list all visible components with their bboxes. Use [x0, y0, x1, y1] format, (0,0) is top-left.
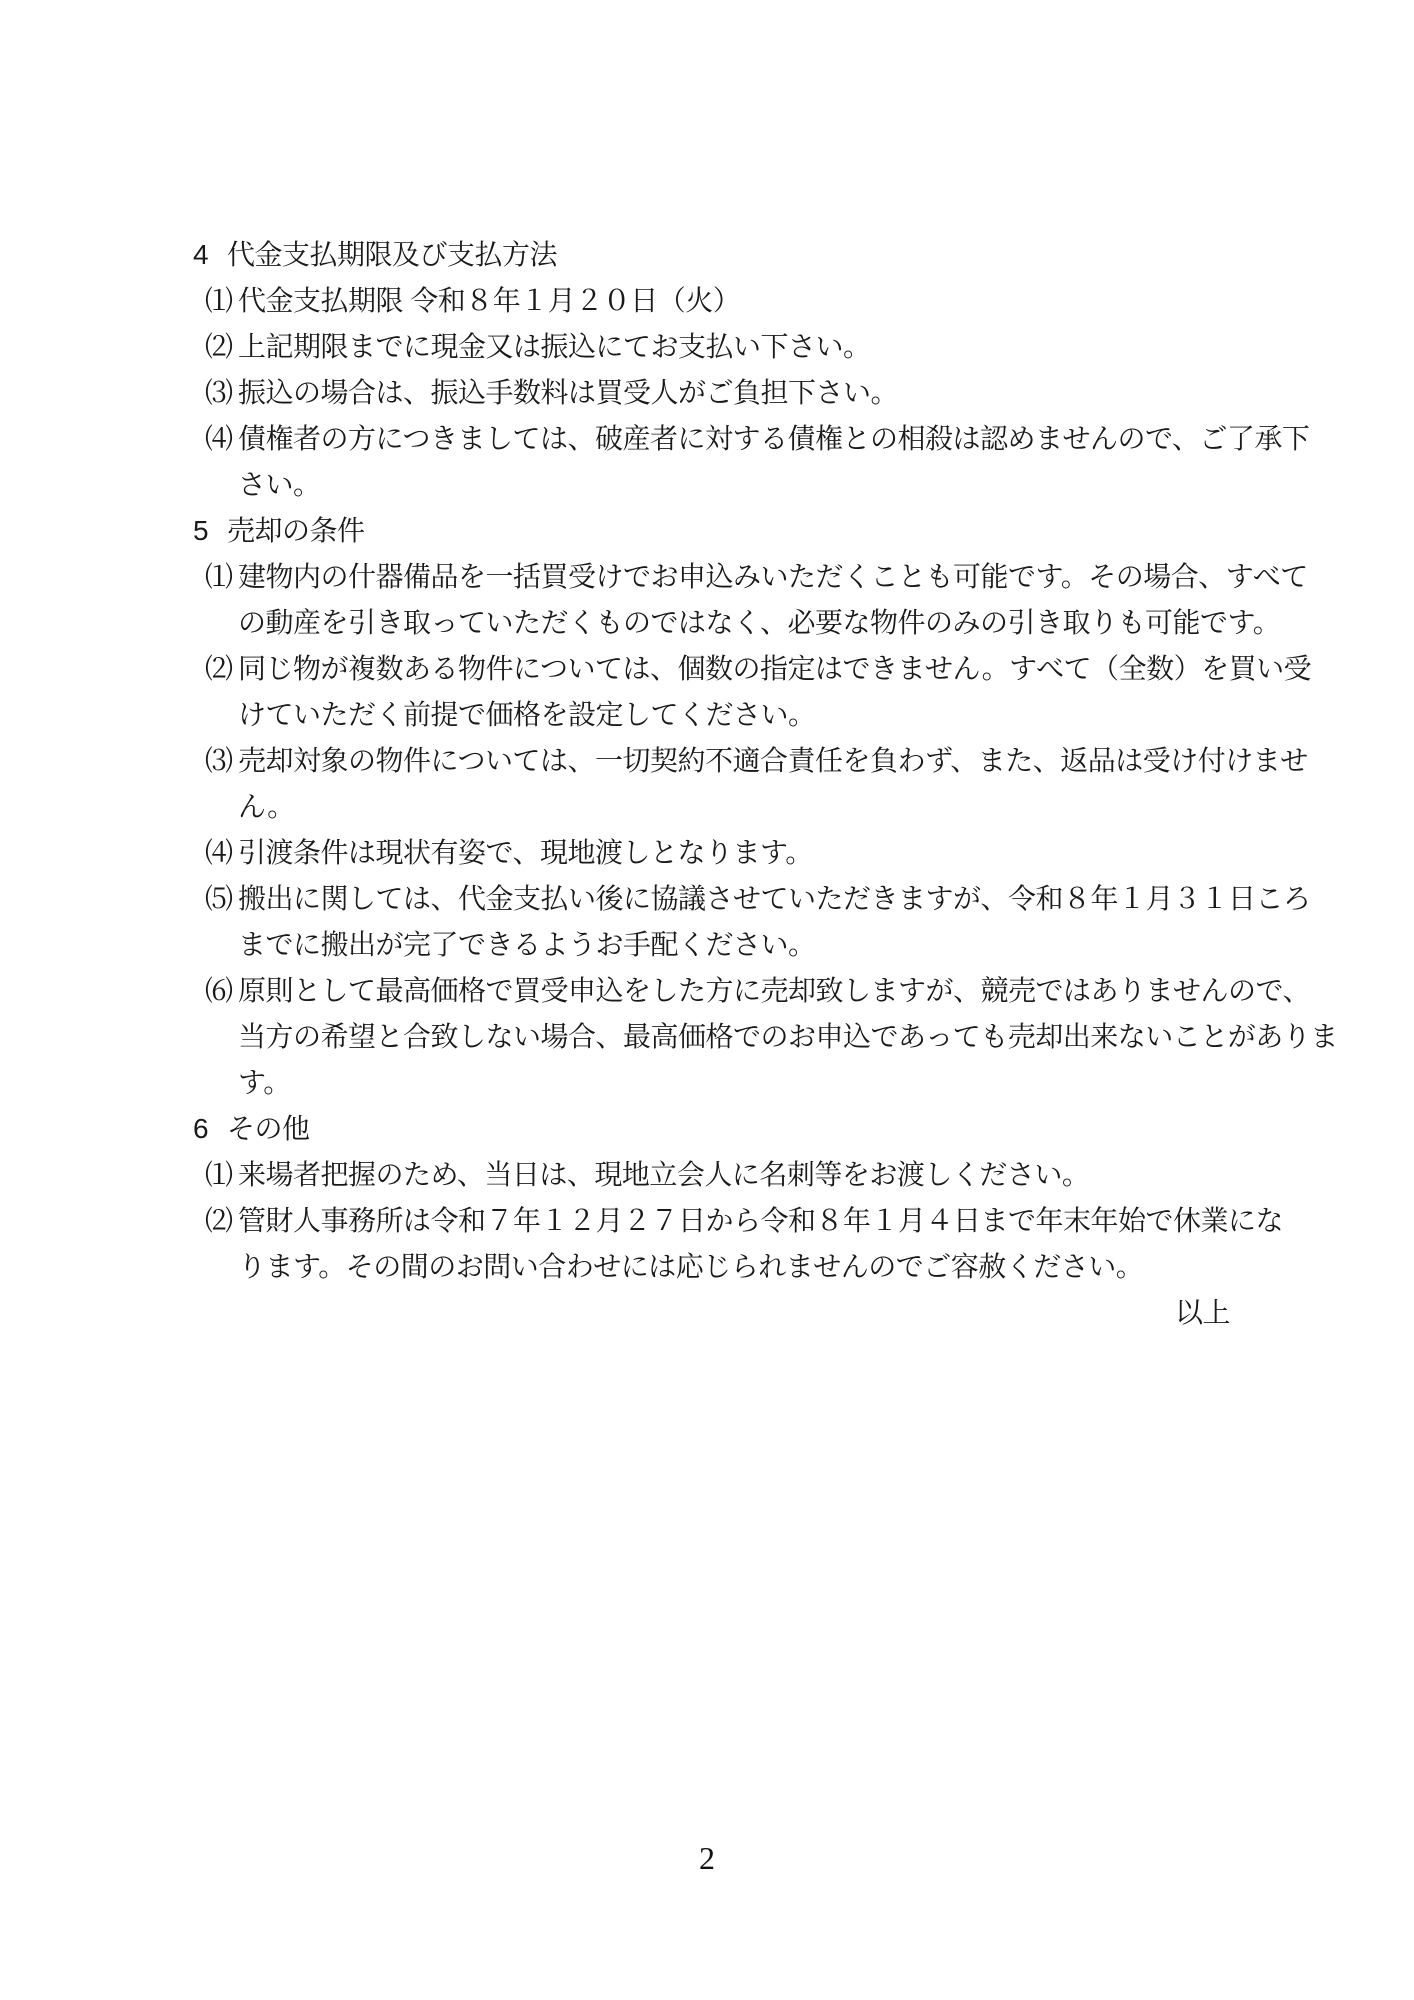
item-text: 同じ物が複数ある物件については、個数の指定はできません。すべて（全数）を買い受 — [238, 653, 1311, 684]
section-5-heading: 5売却の条件 — [0, 508, 1414, 554]
section-4-number: 4 — [193, 232, 227, 278]
section-5-item-6-continuation: 当方の希望と合致しない場合、最高価格でのお申込であっても売却出来ないことがありま — [0, 1014, 1414, 1060]
section-5-item-1: ⑴建物内の什器備品を一括買受けでお申込みいただくことも可能です。その場合、すべて — [0, 554, 1414, 600]
item-text: 上記期限までに現金又は振込にてお支払い下さい。 — [238, 331, 871, 362]
item-text: 振込の場合は、振込手数料は買受人がご負担下さい。 — [238, 377, 898, 408]
item-text: 建物内の什器備品を一括買受けでお申込みいただくことも可能です。その場合、すべて — [238, 561, 1308, 592]
item-text: 債権者の方につきましては、破産者に対する債権との相殺は認めませんので、ご了承下 — [238, 423, 1309, 454]
section-5-title: 売却の条件 — [227, 515, 365, 546]
closing-line: 以上 — [0, 1290, 1414, 1336]
section-4-item-3: ⑶振込の場合は、振込手数料は買受人がご負担下さい。 — [0, 370, 1414, 416]
section-4-item-2: ⑵上記期限までに現金又は振込にてお支払い下さい。 — [0, 324, 1414, 370]
section-5-item-4: ⑷引渡条件は現状有姿で、現地渡しとなります。 — [0, 830, 1414, 876]
item-text: 原則として最高価格で買受申込をした方に売却致しますが、競売ではありませんので、 — [238, 975, 1310, 1006]
section-6-item-2: ⑵管財人事務所は令和７年１２月２７日から令和８年１月４日まで年末年始で休業にな — [0, 1198, 1414, 1244]
item-marker: ⑹ — [205, 968, 238, 1014]
section-5-item-6: ⑹原則として最高価格で買受申込をした方に売却致しますが、競売ではありませんので、 — [0, 968, 1414, 1014]
section-5-item-2-continuation: けていただく前提で価格を設定してください。 — [0, 692, 1414, 738]
document-page: 4代金支払期限及び支払方法 ⑴代金支払期限 令和８年１月２０日（火） ⑵上記期限… — [0, 0, 1414, 2000]
item-marker: ⑴ — [205, 278, 238, 324]
item-text: 搬出に関しては、代金支払い後に協議させていただきますが、令和８年１月３１日ころ — [238, 883, 1311, 914]
item-marker: ⑶ — [205, 738, 238, 784]
item-text: ん。 — [238, 791, 295, 822]
item-text: 来場者把握のため、当日は、現地立会人に名刺等をお渡しください。 — [238, 1159, 1089, 1190]
item-text: までに搬出が完了できるようお手配ください。 — [238, 929, 816, 960]
item-text: 引渡条件は現状有姿で、現地渡しとなります。 — [238, 837, 813, 868]
section-6-item-1: ⑴来場者把握のため、当日は、現地立会人に名刺等をお渡しください。 — [0, 1152, 1414, 1198]
section-5-item-5: ⑸搬出に関しては、代金支払い後に協議させていただきますが、令和８年１月３１日ころ — [0, 876, 1414, 922]
section-4-item-4: ⑷債権者の方につきましては、破産者に対する債権との相殺は認めませんので、ご了承下 — [0, 416, 1414, 462]
item-marker: ⑸ — [205, 876, 238, 922]
item-text: 代金支払期限 令和８年１月２０日（火） — [238, 285, 740, 316]
item-marker: ⑶ — [205, 370, 238, 416]
item-marker: ⑴ — [205, 554, 238, 600]
item-marker: ⑷ — [205, 830, 238, 876]
section-4-heading: 4代金支払期限及び支払方法 — [0, 232, 1414, 278]
section-5-item-1-continuation: の動産を引き取っていただくものではなく、必要な物件のみの引き取りも可能です。 — [0, 600, 1414, 646]
section-5-number: 5 — [193, 508, 227, 554]
page-number: 2 — [699, 1840, 715, 1876]
item-marker: ⑵ — [205, 324, 238, 370]
page-footer: 2 — [0, 1840, 1414, 1877]
item-text: ります。その間のお問い合わせには応じられませんのでご容赦ください。 — [238, 1251, 1143, 1282]
section-5-item-5-continuation: までに搬出が完了できるようお手配ください。 — [0, 922, 1414, 968]
section-6-title: その他 — [227, 1113, 310, 1144]
section-5-item-6-continuation-2: す。 — [0, 1060, 1414, 1106]
section-4-title: 代金支払期限及び支払方法 — [227, 239, 557, 270]
section-6-heading: 6その他 — [0, 1106, 1414, 1152]
item-text: す。 — [238, 1067, 291, 1098]
section-4-item-4-continuation: さい。 — [0, 462, 1414, 508]
item-marker: ⑵ — [205, 646, 238, 692]
item-text: 売却対象の物件については、一切契約不適合責任を負わず、また、返品は受け付けませ — [238, 745, 1308, 776]
document-body: 4代金支払期限及び支払方法 ⑴代金支払期限 令和８年１月２０日（火） ⑵上記期限… — [0, 232, 1414, 1336]
item-text: さい。 — [238, 469, 321, 500]
item-marker: ⑵ — [205, 1198, 238, 1244]
section-5-item-3: ⑶売却対象の物件については、一切契約不適合責任を負わず、また、返品は受け付けませ — [0, 738, 1414, 784]
section-4-item-1: ⑴代金支払期限 令和８年１月２０日（火） — [0, 278, 1414, 324]
section-5-item-2: ⑵同じ物が複数ある物件については、個数の指定はできません。すべて（全数）を買い受 — [0, 646, 1414, 692]
item-text: けていただく前提で価格を設定してください。 — [238, 699, 816, 730]
section-6-number: 6 — [193, 1106, 227, 1152]
item-text: の動産を引き取っていただくものではなく、必要な物件のみの引き取りも可能です。 — [238, 607, 1280, 638]
section-6-item-2-continuation: ります。その間のお問い合わせには応じられませんのでご容赦ください。 — [0, 1244, 1414, 1290]
item-marker: ⑴ — [205, 1152, 238, 1198]
item-text: 管財人事務所は令和７年１２月２７日から令和８年１月４日まで年末年始で休業にな — [238, 1205, 1283, 1236]
item-text: 当方の希望と合致しない場合、最高価格でのお申込であっても売却出来ないことがありま — [238, 1021, 1338, 1052]
item-marker: ⑷ — [205, 416, 238, 462]
section-5-item-3-continuation: ん。 — [0, 784, 1414, 830]
closing-label: 以上 — [1175, 1297, 1230, 1328]
